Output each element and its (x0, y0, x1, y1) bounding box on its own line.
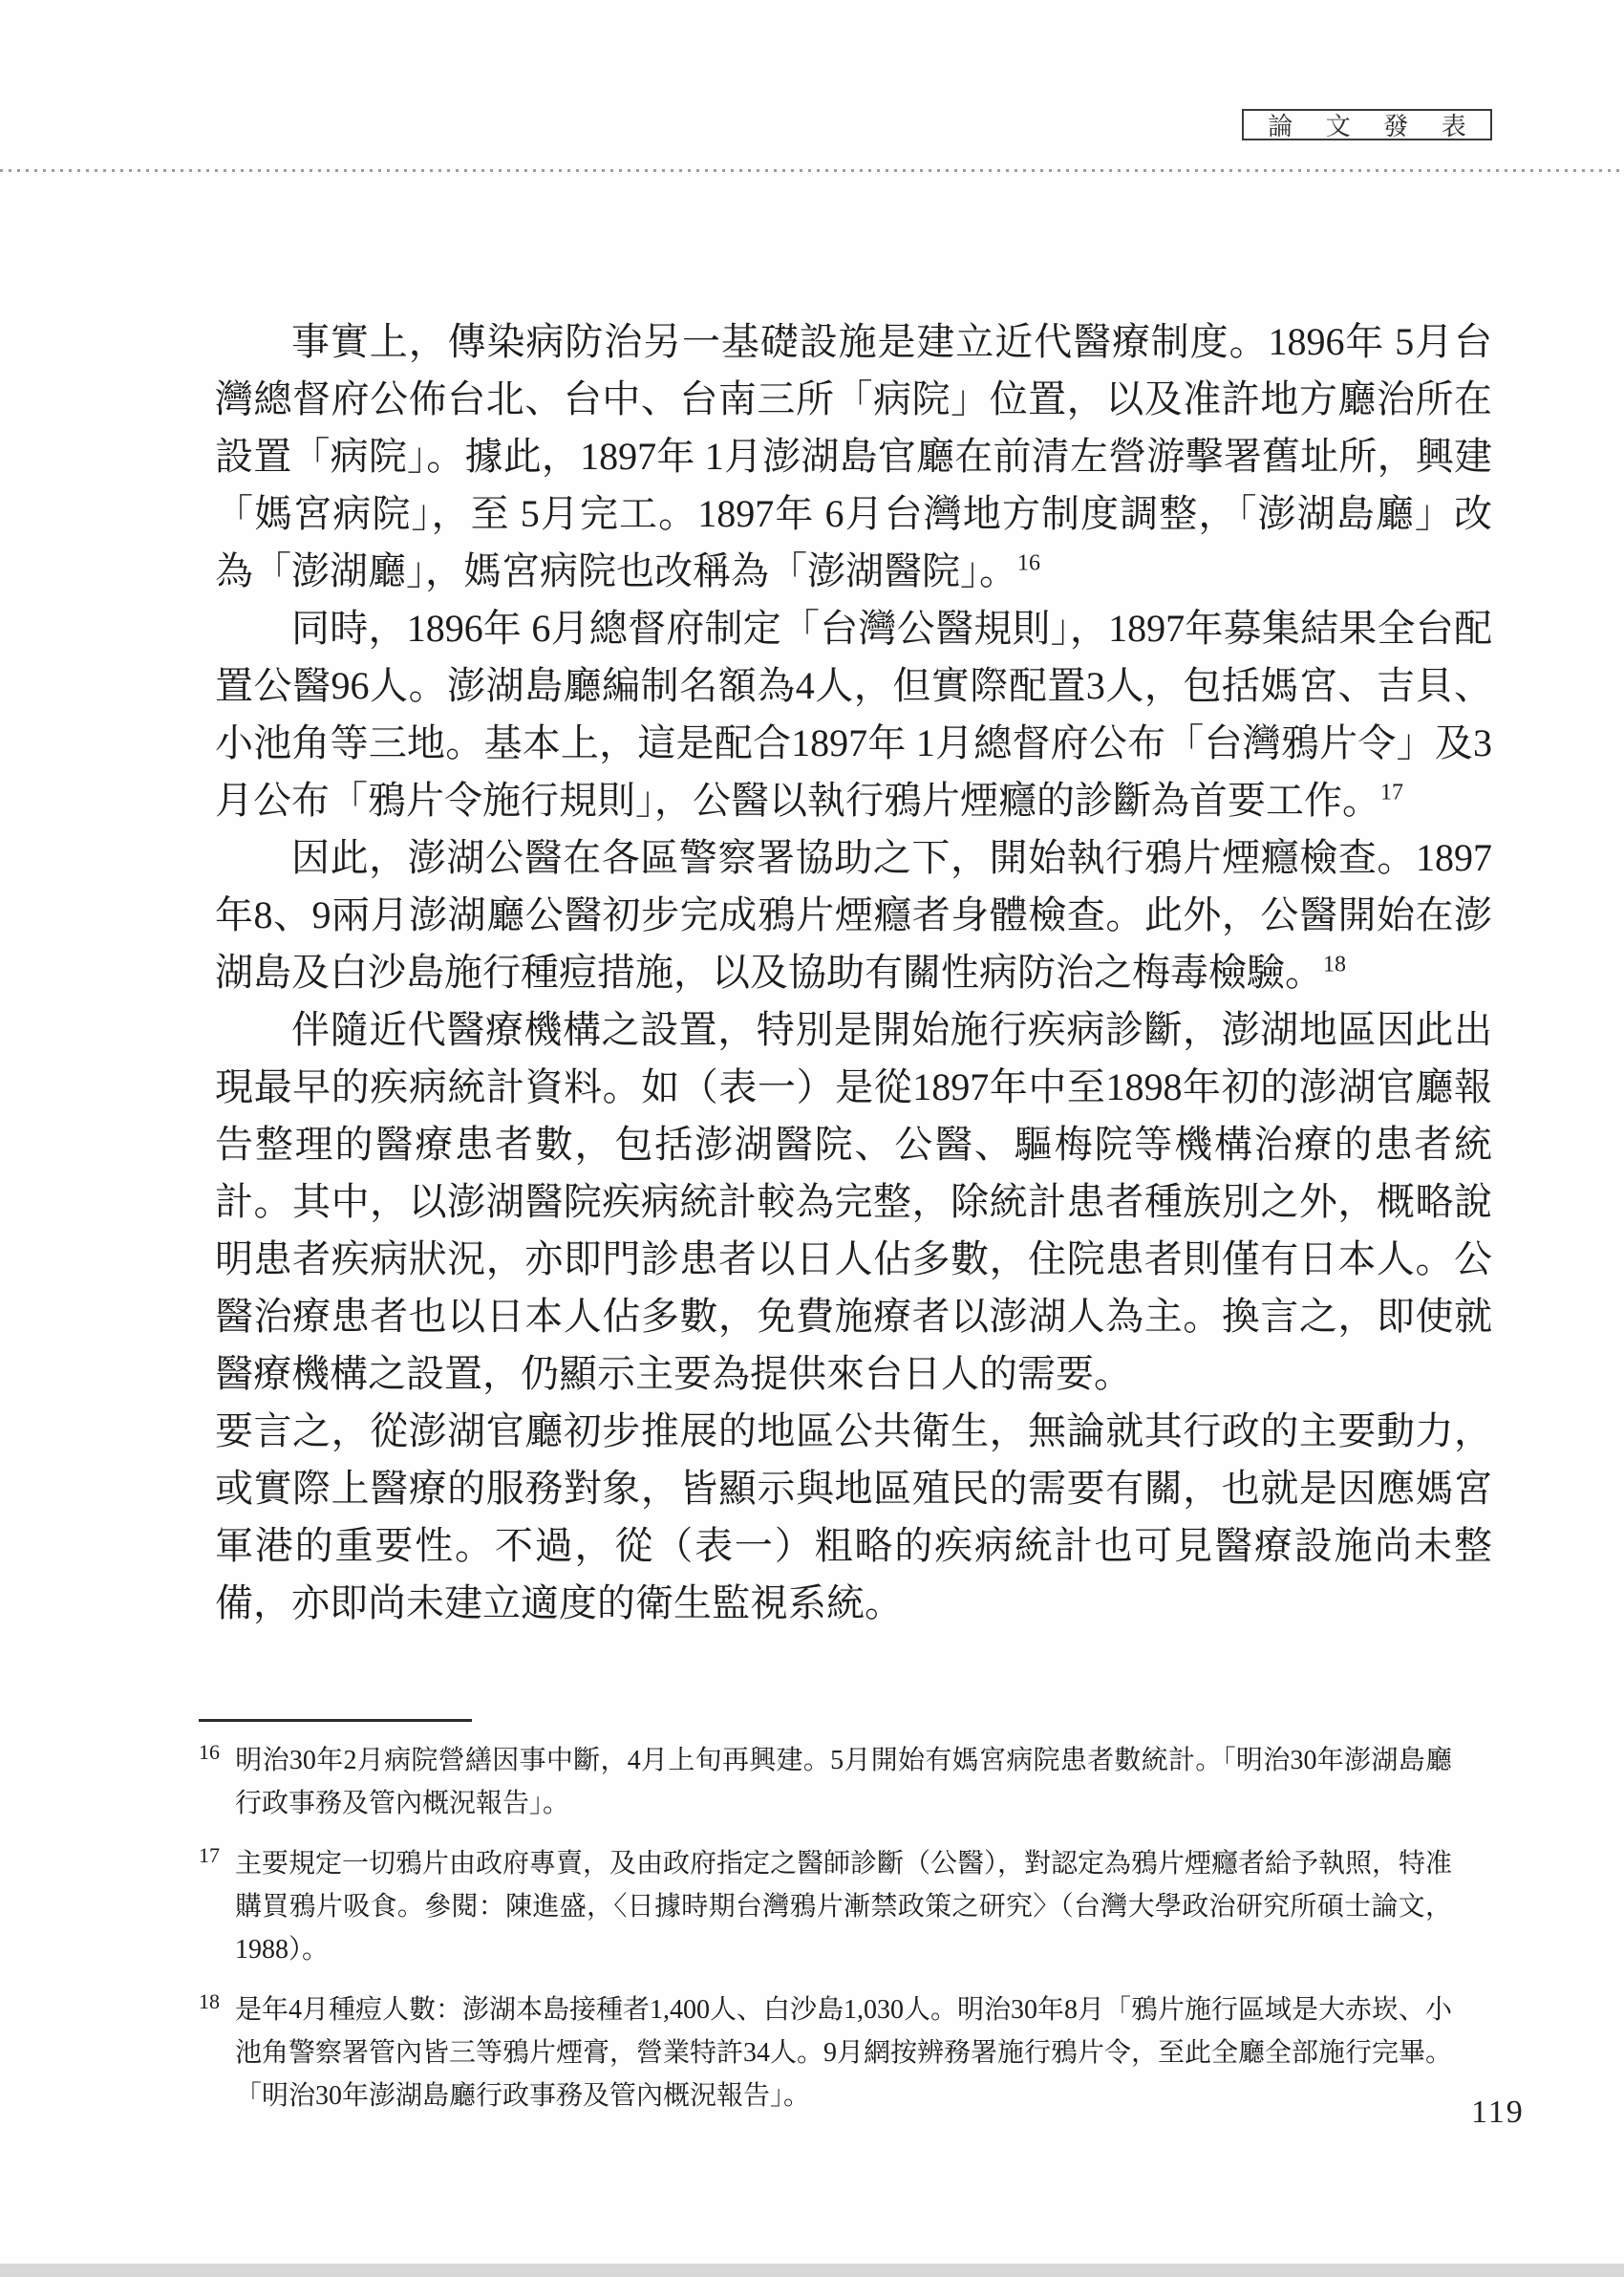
paragraph-2: 同時，1896年 6月總督府制定「台灣公醫規則」，1897年募集結果全台配置公醫… (215, 600, 1492, 829)
footnote-ref-17: 17 (1380, 781, 1403, 806)
footnote-ref-16: 16 (1017, 551, 1040, 576)
page-header-title: 論 文 發 表 (1268, 107, 1480, 142)
footnote-18: 18是年4月種痘人數：澎湖本島接種者1,400人、白沙島1,030人。明治30年… (199, 1988, 1452, 2117)
scan-bottom-edge (0, 2264, 1624, 2277)
paragraph-5-text: 要言之，從澎湖官廳初步推展的地區公共衛生，無論就其行政的主要動力，或實際上醫療的… (215, 1409, 1492, 1624)
body-text: 事實上，傳染病防治另一基礎設施是建立近代醫療制度。1896年 5月台灣總督府公佈… (215, 313, 1492, 1632)
page-number: 119 (1471, 2094, 1525, 2131)
footnote-17: 17主要規定一切鴉片由政府專賣，及由政府指定之醫師診斷（公醫），對認定為鴉片煙癮… (199, 1842, 1452, 1971)
paragraph-3: 因此，澎湖公醫在各區警察署協助之下，開始執行鴉片煙癮檢查。1897年8、9兩月澎… (215, 829, 1492, 1001)
footnote-separator (199, 1719, 472, 1722)
paragraph-1-text: 事實上，傳染病防治另一基礎設施是建立近代醫療制度。1896年 5月台灣總督府公佈… (215, 320, 1492, 592)
page-header-box: 論 文 發 表 (1242, 109, 1492, 140)
footnote-ref-18: 18 (1323, 953, 1346, 977)
header-divider (0, 169, 1624, 172)
paragraph-4: 伴隨近代醫療機構之設置，特別是開始施行疾病診斷，澎湖地區因此出現最早的疾病統計資… (215, 1001, 1492, 1403)
footnote-18-text: 是年4月種痘人數：澎湖本島接種者1,400人、白沙島1,030人。明治30年8月… (235, 1995, 1452, 2111)
paragraph-5: 要言之，從澎湖官廳初步推展的地區公共衛生，無論就其行政的主要動力，或實際上醫療的… (215, 1403, 1492, 1632)
footnote-16: 16明治30年2月病院營繕因事中斷，4月上旬再興建。5月開始有媽宮病院患者數統計… (199, 1739, 1452, 1825)
footnote-17-text: 主要規定一切鴉片由政府專賣，及由政府指定之醫師診斷（公醫），對認定為鴉片煙癮者給… (235, 1849, 1452, 1965)
paragraph-4-text: 伴隨近代醫療機構之設置，特別是開始施行疾病診斷，澎湖地區因此出現最早的疾病統計資… (215, 1008, 1492, 1395)
paragraph-1: 事實上，傳染病防治另一基礎設施是建立近代醫療制度。1896年 5月台灣總督府公佈… (215, 313, 1492, 600)
paragraph-2-text: 同時，1896年 6月總督府制定「台灣公醫規則」，1897年募集結果全台配置公醫… (215, 607, 1492, 822)
footnote-16-text: 明治30年2月病院營繕因事中斷，4月上旬再興建。5月開始有媽宮病院患者數統計。「… (235, 1746, 1452, 1818)
footnotes-section: 16明治30年2月病院營繕因事中斷，4月上旬再興建。5月開始有媽宮病院患者數統計… (199, 1739, 1452, 2135)
paragraph-3-text: 因此，澎湖公醫在各區警察署協助之下，開始執行鴉片煙癮檢查。1897年8、9兩月澎… (215, 836, 1492, 994)
